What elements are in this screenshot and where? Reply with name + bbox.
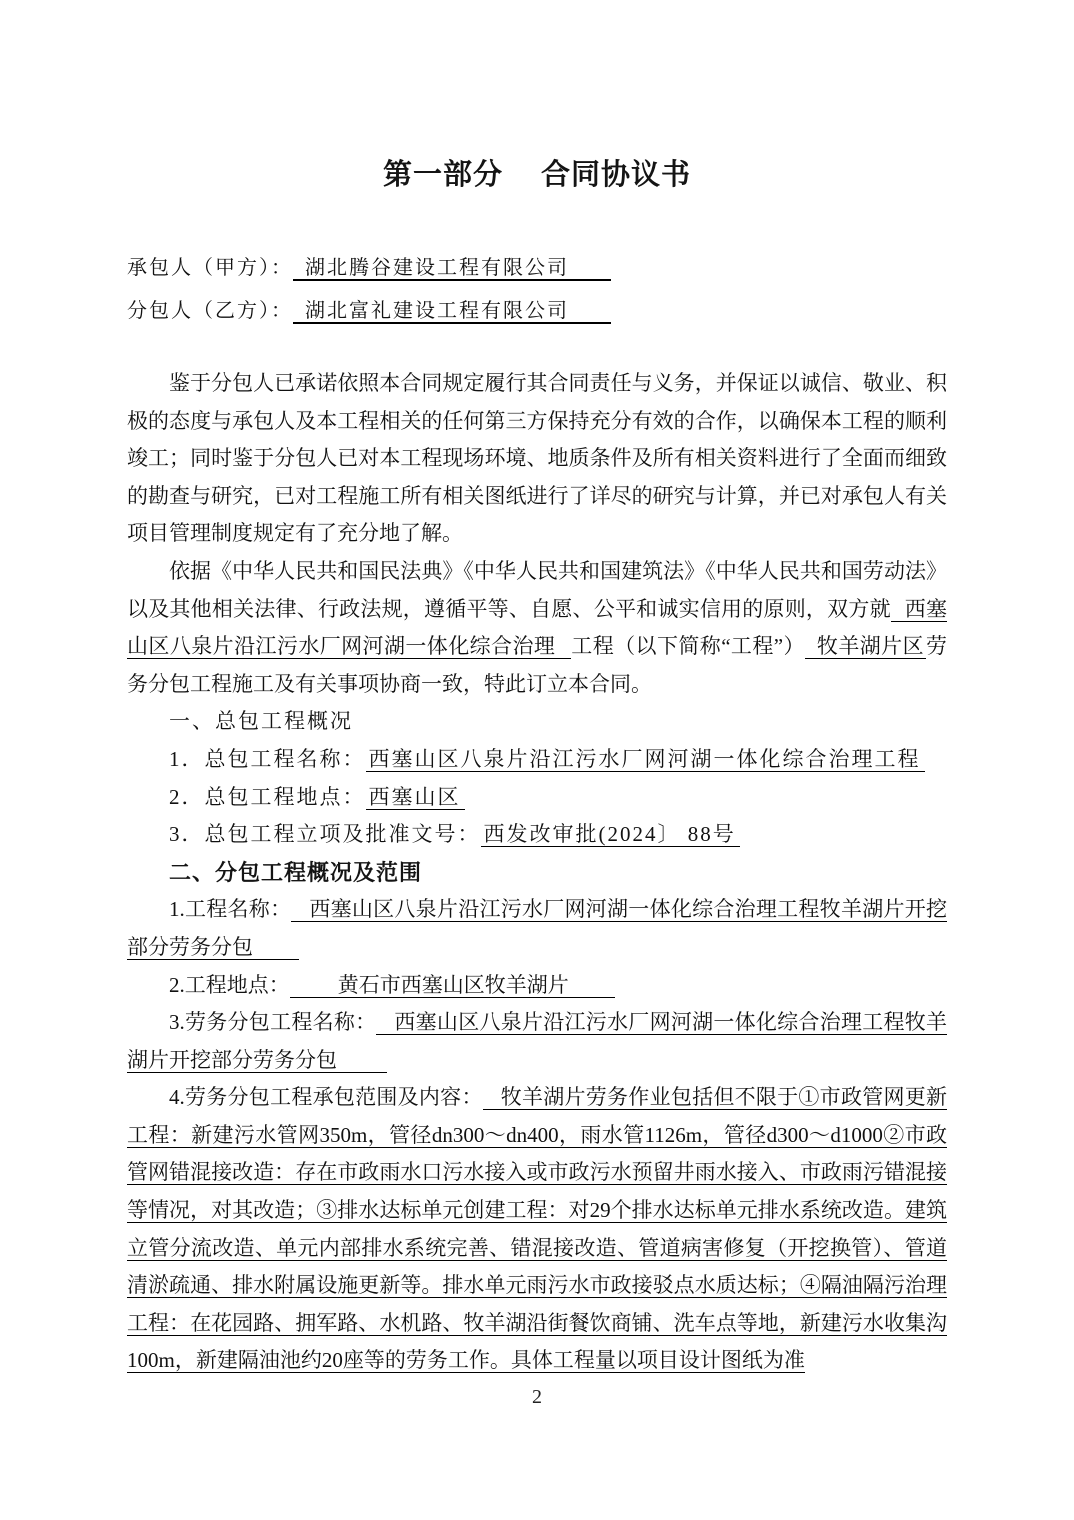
section2-item-4: 4.劳务分包工程承包范围及内容：牧羊湖片劳务作业包括但不限于①市政管网更新工程：…	[127, 1079, 947, 1380]
subcontractor-label: 分包人（乙方）：	[127, 300, 293, 322]
document-title: 第一部分 合同协议书	[0, 152, 1074, 193]
section2-item2-label: 2.工程地点：	[169, 973, 290, 997]
section1-item2-label: 2．总包工程地点：	[169, 785, 366, 809]
general-project-name-value: 西塞山区八泉片沿江污水厂网河湖一体化综合治理工程	[366, 747, 925, 772]
preamble-paragraph-2: 依据《中华人民共和国民法典》《中华人民共和国建筑法》《中华人民共和国劳动法》以及…	[127, 553, 947, 703]
scope-and-content-value: 牧羊湖片劳务作业包括但不限于①市政管网更新工程：新建污水管网350m，管径dn3…	[127, 1085, 947, 1373]
section1-item-3: 3．总包工程立项及批准文号：西发改审批(2024〕 88号	[127, 816, 947, 854]
section1-item-2: 2．总包工程地点：西塞山区	[127, 779, 947, 817]
subcontractor-line: 分包人（乙方）：湖北富礼建设工程有限公司	[127, 290, 947, 333]
document-body: 鉴于分包人已承诺依照本合同规定履行其合同责任与义务，并保证以诚信、敬业、积极的态…	[127, 365, 947, 1380]
section1-item-1: 1．总包工程名称：西塞山区八泉片沿江污水厂网河湖一体化综合治理工程	[127, 741, 947, 779]
section2-item1-label: 1.工程名称：	[169, 897, 291, 921]
subcontractor-name-value: 湖北富礼建设工程有限公司	[293, 300, 611, 324]
preamble-p2-text-2: 工程（以下简称“工程”）	[571, 634, 805, 658]
general-project-location-value: 西塞山区	[366, 785, 465, 810]
section2-item-3: 3.劳务分包工程名称：西塞山区八泉片沿江污水厂网河湖一体化综合治理工程牧羊湖片开…	[127, 1004, 947, 1079]
section1-item3-label: 3．总包工程立项及批准文号：	[169, 822, 481, 846]
preamble-p2-text-1: 依据《中华人民共和国民法典》《中华人民共和国建筑法》《中华人民共和国劳动法》以及…	[127, 559, 947, 621]
section2-heading: 二、分包工程概况及范围	[127, 854, 947, 892]
contractor-name-value: 湖北腾谷建设工程有限公司	[293, 257, 611, 281]
page-number: 2	[0, 1386, 1074, 1409]
area-name-blank: 牧羊湖片区	[805, 634, 926, 659]
contractor-line: 承包人（甲方）：湖北腾谷建设工程有限公司	[127, 247, 947, 290]
sub-project-location-value: 黄石市西塞山区牧羊湖片	[290, 973, 615, 998]
contract-document-page: 第一部分 合同协议书 承包人（甲方）：湖北腾谷建设工程有限公司 分包人（乙方）：…	[0, 0, 1074, 1520]
section2-item3-label: 3.劳务分包工程名称：	[169, 1010, 376, 1034]
section2-item-2: 2.工程地点：黄石市西塞山区牧羊湖片	[127, 967, 947, 1005]
preamble-paragraph-1: 鉴于分包人已承诺依照本合同规定履行其合同责任与义务，并保证以诚信、敬业、积极的态…	[127, 365, 947, 553]
approval-document-number-value: 西发改审批(2024〕 88号	[481, 822, 740, 847]
section2-item-1: 1.工程名称：西塞山区八泉片沿江污水厂网河湖一体化综合治理工程牧羊湖片开挖部分劳…	[127, 891, 947, 966]
parties-block: 承包人（甲方）：湖北腾谷建设工程有限公司 分包人（乙方）：湖北富礼建设工程有限公…	[127, 247, 947, 333]
section2-item4-label: 4.劳务分包工程承包范围及内容：	[169, 1085, 483, 1109]
section1-item1-label: 1．总包工程名称：	[169, 747, 366, 771]
contractor-label: 承包人（甲方）：	[127, 257, 293, 279]
section1-heading: 一、总包工程概况	[127, 703, 947, 741]
